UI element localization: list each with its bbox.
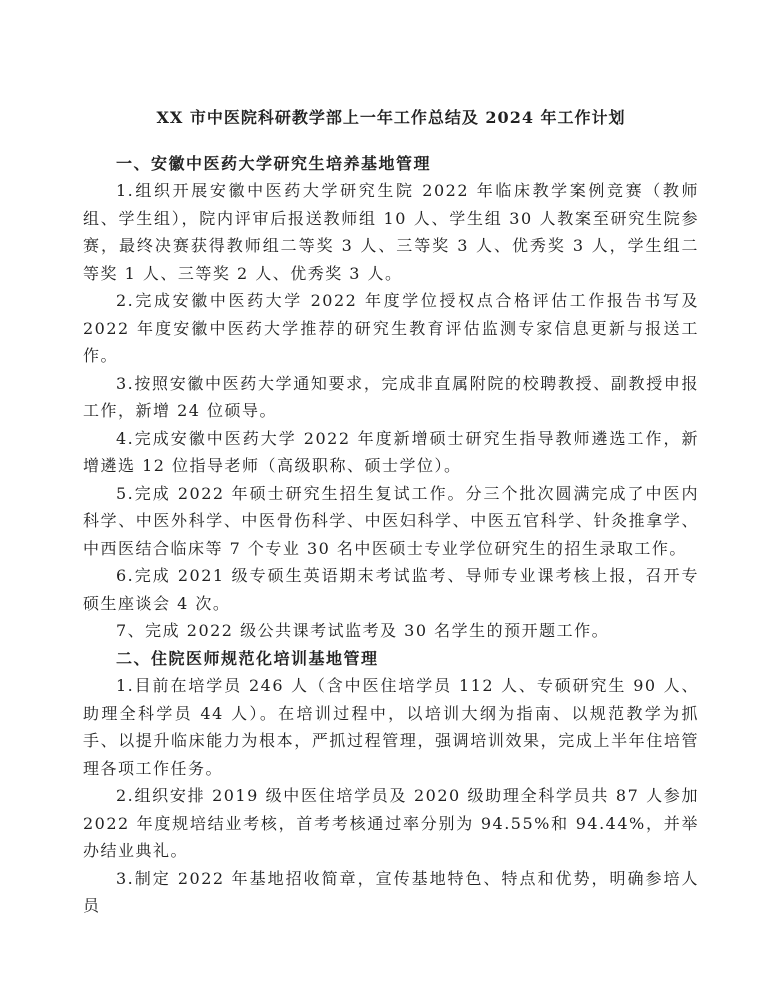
paragraph-1-7: 7、完成 2022 级公共课考试监考及 30 名学生的预开题工作。 [83, 617, 699, 645]
paragraph-1-5: 5.完成 2022 年硕士研究生招生复试工作。分三个批次圆满完成了中医内科学、中… [83, 480, 699, 563]
section-heading-1: 一、安徽中医药大学研究生培养基地管理 [83, 150, 699, 178]
paragraph-1-3: 3.按照安徽中医药大学通知要求，完成非直属附院的校聘教授、副教授申报工作，新增 … [83, 370, 699, 425]
paragraph-1-4: 4.完成安徽中医药大学 2022 年度新增硕士研究生指导教师遴选工作，新增遴选 … [83, 425, 699, 480]
paragraph-2-3: 3.制定 2022 年基地招收简章，宣传基地特色、特点和优势，明确参培人员 [83, 865, 699, 920]
paragraph-1-2: 2.完成安徽中医药大学 2022 年度学位授权点合格评估工作报告书写及 2022… [83, 287, 699, 370]
paragraph-2-2: 2.组织安排 2019 级中医住培学员及 2020 级助理全科学员共 87 人参… [83, 782, 699, 865]
paragraph-2-1: 1.目前在培学员 246 人（含中医住培学员 112 人、专硕研究生 90 人、… [83, 672, 699, 782]
document-content: XX 市中医院科研教学部上一年工作总结及 2024 年工作计划 一、安徽中医药大… [83, 104, 699, 920]
document-title: XX 市中医院科研教学部上一年工作总结及 2024 年工作计划 [83, 104, 699, 132]
paragraph-1-6: 6.完成 2021 级专硕生英语期末考试监考、导师专业课考核上报，召开专硕生座谈… [83, 562, 699, 617]
paragraph-1-1: 1.组织开展安徽中医药大学研究生院 2022 年临床教学案例竞赛（教师组、学生组… [83, 177, 699, 287]
document-page: XX 市中医院科研教学部上一年工作总结及 2024 年工作计划 一、安徽中医药大… [0, 0, 770, 1000]
section-heading-2: 二、住院医师规范化培训基地管理 [83, 645, 699, 673]
